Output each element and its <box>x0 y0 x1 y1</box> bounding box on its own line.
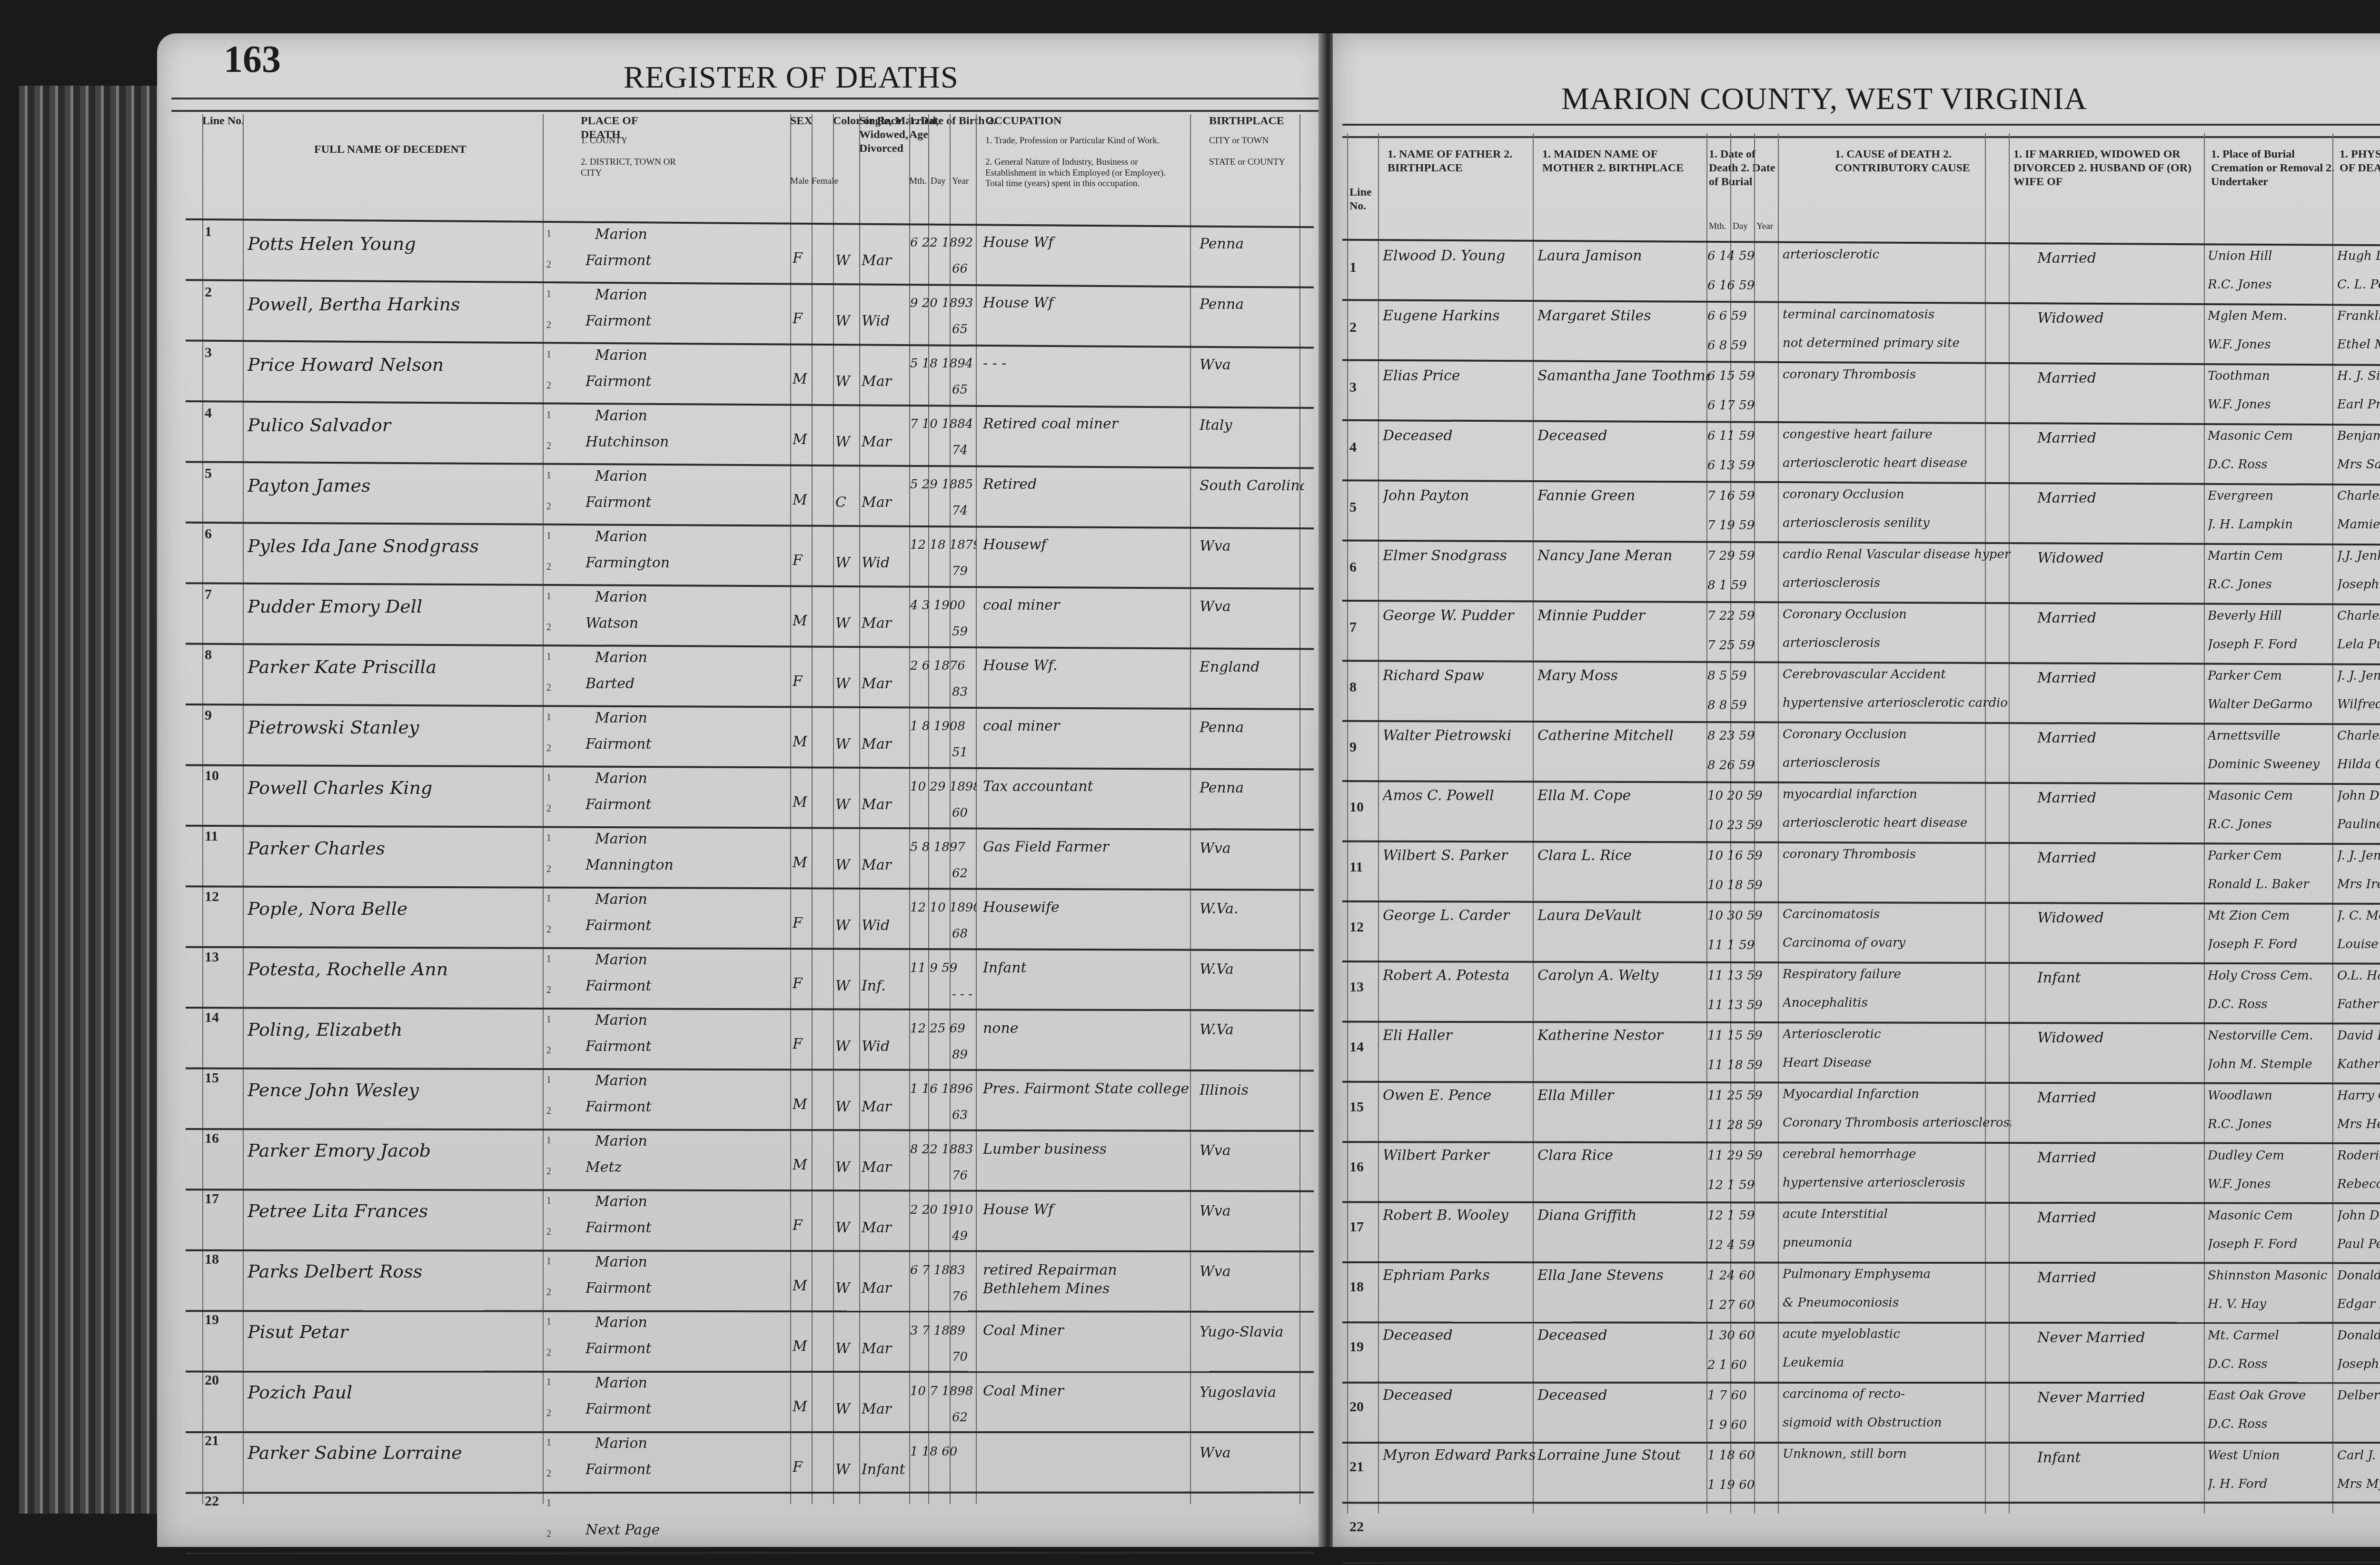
date-of-death: 11 29 59 <box>1707 1149 1779 1163</box>
birthplace: Wva <box>1200 840 1304 857</box>
county: Marion <box>595 1314 785 1331</box>
occupation: Housewife <box>983 898 1192 917</box>
mother-maiden-name: Minnie Pudder <box>1537 607 1709 624</box>
column-header-name: FULL NAME OF DECEDENT <box>314 143 552 157</box>
county: Marion <box>595 226 785 243</box>
sex: M <box>793 1338 812 1355</box>
mother-maiden-name: Ella M. Cope <box>1537 787 1709 804</box>
color-race: W <box>835 978 859 994</box>
line-number: 16 <box>1349 1159 1364 1175</box>
row-divider <box>1342 600 2380 606</box>
marital-status: Married <box>2037 1149 2209 1166</box>
line-number: 14 <box>205 1010 219 1026</box>
decedent-name: Potesta, Rochelle Ann <box>248 959 543 980</box>
date-of-burial: 11 1 59 <box>1707 938 1779 952</box>
marital-status: Mar <box>862 796 909 813</box>
subline-1: 1 <box>546 833 551 844</box>
line-number: 7 <box>1349 619 1357 635</box>
cause-of-death: Coronary Occlusion <box>1783 727 2011 742</box>
column-subheader-occupation: 2. General Nature of Industry, Business … <box>985 157 1185 179</box>
subline-2: 2 <box>546 441 551 452</box>
decedent-name: Poling, Elizabeth <box>248 1019 543 1040</box>
decedent-name: Parker Emory Jacob <box>248 1140 543 1161</box>
date-of-burial: 10 18 59 <box>1707 878 1779 892</box>
birthplace: South Carolina <box>1200 477 1304 494</box>
subline-1: 1 <box>546 1256 551 1267</box>
undertaker: W.F. Jones <box>2208 397 2336 412</box>
physician: Franklin W. Mallan <box>2337 309 2380 323</box>
age: 49 <box>952 1229 981 1243</box>
undertaker: J. H. Lampkin <box>2208 517 2336 532</box>
row-divider <box>1342 1382 2380 1384</box>
decedent-name: Pozich Paul <box>248 1382 543 1403</box>
line-number: 16 <box>205 1130 219 1147</box>
contributory-cause: Heart Disease <box>1783 1056 2011 1070</box>
birthplace: W.Va. <box>1200 901 1304 917</box>
mother-maiden-name: Carolyn A. Welty <box>1537 967 1709 984</box>
birthplace: Wva <box>1200 598 1304 615</box>
line-number: 12 <box>1349 919 1364 935</box>
color-race: W <box>835 796 859 813</box>
undertaker: Joseph F. Ford <box>2208 1237 2336 1251</box>
date-of-burial: 8 1 59 <box>1707 578 1779 593</box>
color-race: W <box>835 313 859 329</box>
contributory-cause: & Pneumoconiosis <box>1783 1296 2011 1310</box>
line-number: 5 <box>205 466 212 482</box>
decedent-name: Parker Sabine Lorraine <box>248 1442 543 1463</box>
cause-of-death: Cerebrovascular Accident <box>1783 667 2011 682</box>
sex: F <box>793 552 812 569</box>
undertaker: R.C. Jones <box>2208 277 2336 292</box>
birthplace: Wva <box>1200 538 1304 555</box>
row-divider <box>186 1371 1314 1373</box>
physician: John D. Lindsay <box>2337 789 2380 803</box>
age: 66 <box>952 262 981 276</box>
column-header-occupation: OCCUPATION <box>985 114 1185 128</box>
physician: J. J. Jenkins Sr <box>2337 849 2380 863</box>
row-divider <box>186 703 1314 710</box>
undertaker: Ronald L. Baker <box>2208 877 2336 891</box>
sex: M <box>793 1398 812 1415</box>
subline-1: 1 <box>546 591 551 602</box>
contributory-cause: Coronary Thrombosis arteriosclerosis <box>1783 1116 2011 1130</box>
county: Marion <box>595 468 785 485</box>
contributory-cause: hypertensive arteriosclerosis <box>1783 1176 2011 1190</box>
informant: Rebecca Parker <box>2337 1177 2380 1191</box>
subline-1: 1 <box>546 349 551 360</box>
line-number: 1 <box>205 224 212 240</box>
date-of-burial: 7 25 59 <box>1707 638 1779 653</box>
marital-status: Married <box>2037 850 2209 866</box>
birthplace: Italy <box>1200 417 1304 434</box>
date-of-birth: 5 29 1885 <box>910 477 977 492</box>
contributory-cause: arteriosclerotic heart disease <box>1783 816 2011 830</box>
date-of-birth: 8 22 1883 <box>910 1142 977 1157</box>
undertaker: D.C. Ross <box>2208 1417 2336 1431</box>
marital-status: Infant <box>2037 970 2209 986</box>
age: 59 <box>952 624 981 639</box>
physician: Hugh Lambert <box>2337 249 2380 263</box>
marital-status: Mar <box>862 1280 909 1297</box>
sex: M <box>793 794 812 811</box>
county: Marion <box>595 710 785 726</box>
marital-status: Married <box>2037 250 2209 267</box>
column-divider <box>790 114 791 1504</box>
informant: C. L. Potts <box>2337 277 2380 292</box>
decedent-name: Pietrowski Stanley <box>248 717 543 738</box>
color-race: W <box>835 373 859 390</box>
undertaker: Joseph F. Ford <box>2208 937 2336 951</box>
age: 68 <box>952 927 981 941</box>
line-number: 6 <box>1349 559 1357 575</box>
mother-maiden-name: Lorraine June Stout <box>1537 1447 1709 1464</box>
date-of-birth: 3 7 1889 <box>910 1324 977 1338</box>
line-number: 15 <box>205 1070 219 1086</box>
column-header-physician: 1. PHYSICIAN SIGNING CERTIFICATE OF DEAT… <box>2340 148 2380 175</box>
column-header-burial: 1. Place of Burial Cremation or Removal … <box>2211 148 2335 188</box>
subline-2: 2 <box>546 864 551 875</box>
physician: Roderick & King <box>2337 1149 2380 1163</box>
father-name: George L. Carder <box>1383 907 1535 924</box>
marital-status: Widowed <box>2037 310 2209 327</box>
sex: F <box>793 1459 812 1476</box>
date-of-burial: 8 8 59 <box>1707 698 1779 713</box>
subline-2: 2 <box>546 1287 551 1298</box>
birthplace: Penna <box>1200 236 1304 252</box>
column-subheader-birthplace: CITY or TOWN <box>1209 136 1314 147</box>
district-town: Fairmont <box>585 1461 785 1478</box>
date-of-death: 6 14 59 <box>1707 249 1779 263</box>
column-header-line: Line No. <box>1349 186 1378 213</box>
date-of-birth: 1 16 1896 <box>910 1082 977 1096</box>
line-number: 21 <box>1349 1459 1364 1475</box>
father-name: Elias Price <box>1383 367 1535 384</box>
date-of-birth: 6 7 1883 <box>910 1263 977 1278</box>
birthplace: Wva <box>1200 1445 1304 1461</box>
marital-status: Married <box>2037 370 2209 386</box>
marital-status: Mar <box>862 373 909 390</box>
row-divider <box>1342 780 2380 786</box>
subline-1: 1 <box>546 1377 551 1388</box>
informant: Mrs Irene Mae Parker <box>2337 877 2380 891</box>
decedent-name: Pople, Nora Belle <box>248 898 543 919</box>
row-divider <box>1342 359 2380 367</box>
mother-maiden-name: Clara Rice <box>1537 1147 1709 1164</box>
father-name: Ephriam Parks <box>1383 1267 1535 1284</box>
color-race: W <box>835 434 859 450</box>
age: 65 <box>952 383 981 397</box>
district-town: Fairmont <box>585 494 785 511</box>
column-header-married: 1. IF MARRIED, WIDOWED OR DIVORCED 2. HU… <box>2013 148 2204 188</box>
sex: F <box>793 1217 812 1234</box>
occupation: Tax accountant <box>983 777 1192 796</box>
header-rule <box>1342 124 2380 138</box>
age: 51 <box>952 745 981 760</box>
decedent-name: Pudder Emory Dell <box>248 596 543 617</box>
informant: Hilda Gay Pietrowski <box>2337 757 2380 772</box>
father-name: Amos C. Powell <box>1383 787 1535 804</box>
occupation: coal miner <box>983 596 1192 614</box>
line-number: 21 <box>205 1433 219 1449</box>
line-number: 18 <box>1349 1279 1364 1295</box>
line-number: 18 <box>205 1251 219 1268</box>
district-town: Fairmont <box>585 373 785 390</box>
place-of-burial: Union Hill <box>2208 249 2336 263</box>
marital-status: Widowed <box>2037 550 2209 566</box>
subline-2: 2 <box>546 1045 551 1056</box>
row-divider <box>1342 1321 2380 1324</box>
cause-of-death: coronary Thrombosis <box>1783 367 2011 382</box>
line-number: 4 <box>1349 439 1357 456</box>
age: - - - <box>952 987 981 1001</box>
district-town: Fairmont <box>585 1401 785 1417</box>
undertaker: R.C. Jones <box>2208 577 2336 592</box>
subline-1: 1 <box>546 1437 551 1448</box>
line-number: 4 <box>205 405 212 421</box>
date-of-burial: 7 19 59 <box>1707 518 1779 533</box>
date-of-burial: 6 8 59 <box>1707 338 1779 353</box>
contributory-cause: pneumonia <box>1783 1236 2011 1250</box>
birthplace: Wva <box>1200 1142 1304 1159</box>
right-page: MARION COUNTY, WEST VIRGINIA 163 Line No… <box>1333 33 2380 1547</box>
mother-maiden-name: Mary Moss <box>1537 667 1709 684</box>
county: Marion <box>595 770 785 787</box>
line-number: 11 <box>205 828 218 844</box>
informant: Mrs Salvador Pulice <box>2337 457 2380 472</box>
decedent-name: Pulico Salvador <box>248 415 543 436</box>
date-of-birth: 12 10 1890 <box>910 901 977 915</box>
place-of-burial: Woodlawn <box>2208 1089 2336 1103</box>
line-number: 22 <box>1349 1519 1364 1535</box>
column-divider <box>1347 133 1348 1514</box>
decedent-name: Price Howard Nelson <box>248 354 543 375</box>
column-divider <box>950 114 951 1504</box>
column-subheader-occupation: Total time (years) spent in this occupat… <box>985 178 1185 189</box>
birthplace: Penna <box>1200 719 1304 736</box>
marital-status: Wid <box>862 1038 909 1055</box>
subline-2: 2 <box>546 501 551 512</box>
undertaker: Walter DeGarmo <box>2208 697 2336 712</box>
birthplace: W.Va <box>1200 1021 1304 1038</box>
physician: Charles H. Koon <box>2337 609 2380 623</box>
row-divider <box>186 1492 1314 1494</box>
county: Marion <box>595 1375 785 1391</box>
occupation: Coal Miner <box>983 1321 1192 1340</box>
column-header-dates: 1. Date of Death 2. Date of Burial <box>1709 148 1780 188</box>
informant: Earl Price <box>2337 397 2380 412</box>
row-divider <box>186 1431 1314 1433</box>
row-divider <box>1342 901 2380 906</box>
cause-of-death: cardio Renal Vascular disease hypertensi… <box>1783 547 2011 562</box>
undertaker: W.F. Jones <box>2208 1177 2336 1191</box>
district-town: Fairmont <box>585 917 785 934</box>
sex: M <box>793 1278 812 1294</box>
row-divider <box>1342 299 2380 307</box>
line-number: 13 <box>205 949 219 965</box>
birthplace: W.Va <box>1200 961 1304 978</box>
date-of-burial: 1 19 60 <box>1707 1478 1779 1492</box>
column-header-line: Line No. <box>202 114 297 128</box>
date-of-death: 1 7 60 <box>1707 1388 1779 1403</box>
color-race: W <box>835 1159 859 1176</box>
mother-maiden-name: Deceased <box>1537 1387 1709 1404</box>
date-of-burial: 11 18 59 <box>1707 1058 1779 1072</box>
date-of-birth: 2 6 1876 <box>910 659 977 673</box>
age: 76 <box>952 1289 981 1304</box>
date-of-birth: 4 3 1900 <box>910 598 977 613</box>
date-of-death: 6 11 59 <box>1707 429 1779 443</box>
informant: Pauline Powell <box>2337 817 2380 832</box>
age: 62 <box>952 866 981 881</box>
line-number: 14 <box>1349 1039 1364 1055</box>
subline-1: 1 <box>546 954 551 965</box>
birthplace: England <box>1200 659 1304 675</box>
district-town: Mannington <box>585 857 785 873</box>
cause-of-death: Myocardial Infarction <box>1783 1087 2011 1101</box>
mother-maiden-name: Margaret Stiles <box>1537 307 1709 324</box>
row-divider <box>186 1249 1314 1252</box>
father-name: Wilbert S. Parker <box>1383 847 1535 864</box>
physician: O.L. Haynes <box>2337 969 2380 983</box>
contributory-cause: arteriosclerosis <box>1783 756 2011 770</box>
color-race: W <box>835 917 859 934</box>
cause-of-death: congestive heart failure <box>1783 427 2011 442</box>
row-divider <box>186 1189 1314 1192</box>
row-divider <box>186 1068 1314 1072</box>
district-town: Fairmont <box>585 978 785 994</box>
mother-maiden-name: Ella Jane Stevens <box>1537 1267 1709 1284</box>
physician: Donald M. Kappel <box>2337 1328 2380 1343</box>
date-of-birth: 6 22 1892 <box>910 236 977 250</box>
cause-of-death: terminal carcinomatosis <box>1783 307 2011 322</box>
physician: Donald M. Kappel <box>2337 1268 2380 1283</box>
marital-status: Mar <box>862 615 909 632</box>
decedent-name: Pence John Wesley <box>248 1080 543 1100</box>
district-town: Farmington <box>585 555 785 571</box>
subline-2: 2 <box>546 380 551 391</box>
line-number: 9 <box>1349 739 1357 755</box>
father-name: Walter Pietrowski <box>1383 727 1535 744</box>
informant: Wilfred Parker <box>2337 697 2380 712</box>
subline-1: 1 <box>546 410 551 421</box>
color-race: W <box>835 1461 859 1478</box>
subline-1: 1 <box>546 652 551 663</box>
informant: Father <box>2337 997 2380 1011</box>
occupation: Pres. Fairmont State college <box>983 1080 1192 1098</box>
sex: M <box>793 854 812 871</box>
subline-2: 2 <box>546 1468 551 1479</box>
sex: F <box>793 673 812 690</box>
occupation: Lumber business <box>983 1140 1192 1159</box>
line-number: 20 <box>205 1372 219 1388</box>
father-name: Elmer Snodgrass <box>1383 547 1535 564</box>
column-header-father: 1. NAME OF FATHER 2. BIRTHPLACE <box>1388 148 1530 175</box>
column-subheader-birthplace: STATE or COUNTY <box>1209 157 1314 168</box>
place-of-burial: Nestorville Cem. <box>2208 1029 2336 1043</box>
column-divider <box>859 114 860 1504</box>
place-of-burial: Masonic Cem <box>2208 1208 2336 1223</box>
date-of-death: 7 29 59 <box>1707 549 1779 563</box>
sex: F <box>793 250 812 267</box>
undertaker: H. V. Hay <box>2208 1297 2336 1311</box>
row-divider <box>1342 1502 2380 1504</box>
sex: F <box>793 915 812 931</box>
marital-status: Never Married <box>2037 1329 2209 1346</box>
father-name: Deceased <box>1383 1387 1535 1404</box>
father-name: Eli Haller <box>1383 1027 1535 1044</box>
date-of-burial: 10 23 59 <box>1707 818 1779 832</box>
line-number: 2 <box>205 284 212 300</box>
color-race: W <box>835 1219 859 1236</box>
county: Marion <box>595 951 785 968</box>
undertaker: D.C. Ross <box>2208 457 2336 472</box>
subline-2: 2 <box>546 985 551 996</box>
marital-status: Widowed <box>2037 1030 2209 1046</box>
father-name: Wilbert Parker <box>1383 1147 1535 1164</box>
birthplace: Penna <box>1200 296 1304 313</box>
district-town: Fairmont <box>585 796 785 813</box>
marital-status: Mar <box>862 1219 909 1236</box>
county: Marion <box>595 1193 785 1210</box>
line-number: 11 <box>1349 859 1363 875</box>
subline-1: 1 <box>546 1317 551 1327</box>
contributory-cause: Carcinoma of ovary <box>1783 936 2011 950</box>
mother-maiden-name: Deceased <box>1537 1327 1709 1344</box>
contributory-cause: arteriosclerosis <box>1783 576 2011 590</box>
date-of-death: 7 22 59 <box>1707 609 1779 623</box>
column-divider <box>928 114 929 1504</box>
birthplace: Penna <box>1200 780 1304 796</box>
contributory-cause: sigmoid with Obstruction <box>1783 1416 2011 1430</box>
occupation: Retired coal miner <box>983 415 1192 433</box>
district-town: Fairmont <box>585 313 785 329</box>
line-number: 9 <box>205 707 212 723</box>
date-of-burial: 12 4 59 <box>1707 1238 1779 1252</box>
row-divider <box>186 1128 1314 1132</box>
subline-2: 2 <box>546 683 551 693</box>
decedent-name: Potts Helen Young <box>248 233 543 254</box>
place-of-burial: Dudley Cem <box>2208 1149 2336 1163</box>
row-divider <box>1342 840 2380 845</box>
marital-status: Married <box>2037 1269 2209 1286</box>
occupation: Housewf <box>983 535 1192 554</box>
mother-maiden-name: Deceased <box>1537 427 1709 444</box>
date-of-death: 12 1 59 <box>1707 1208 1779 1223</box>
row-divider <box>1342 239 2380 248</box>
birthplace: Wva <box>1200 357 1304 373</box>
district-town: Fairmont <box>585 1280 785 1297</box>
marital-status: Married <box>2037 490 2209 506</box>
date-of-death: 10 16 59 <box>1707 849 1779 863</box>
column-divider <box>1533 133 1534 1514</box>
age: 63 <box>952 1108 981 1122</box>
sex: F <box>793 1036 812 1052</box>
subline-1: 1 <box>546 773 551 783</box>
marital-status: Mar <box>862 434 909 450</box>
undertaker: R.C. Jones <box>2208 1117 2336 1131</box>
cause-of-death: Unknown, still born <box>1783 1447 2011 1461</box>
row-divider <box>1342 1561 2380 1564</box>
marital-status: Mar <box>862 1401 909 1417</box>
decedent-name: Payton James <box>248 475 543 496</box>
contributory-cause: Leukemia <box>1783 1356 2011 1370</box>
decedent-name: Parker Charles <box>248 838 543 859</box>
mother-maiden-name: Nancy Jane Meran <box>1537 547 1709 564</box>
date-of-burial: 1 27 60 <box>1707 1298 1779 1312</box>
physician: J.J. Jenkins Sr. <box>2337 549 2380 563</box>
subline-2: 2 <box>546 562 551 573</box>
line-number: 19 <box>1349 1339 1364 1355</box>
